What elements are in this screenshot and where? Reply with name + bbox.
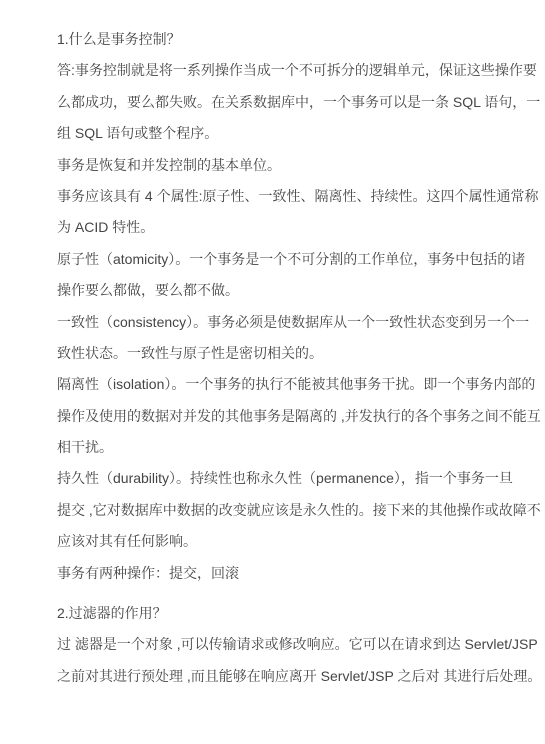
qa-section-transaction-control: 1.什么是事务控制？ 答:事务控制就是将一系列操作当成一个不可拆分的逻辑单元，保…: [57, 24, 515, 589]
text-line: 之前对其进行预处理 ,而且能够在响应离开 Servlet/JSP 之后对 其进行…: [57, 661, 515, 692]
text-line: 过 滤器是一个对象 ,可以传输请求或修改响应。它可以在请求到达 Servlet/…: [57, 629, 515, 660]
text-line: 隔离性（isolation）。一个事务的执行不能被其他事务干扰。即一个事务内部的: [57, 369, 515, 400]
text-line: 相干扰。: [57, 432, 515, 463]
text-line: 持久性（durability）。持续性也称永久性（permanence），指一个…: [57, 463, 515, 494]
question-1-heading: 1.什么是事务控制？: [57, 24, 515, 55]
text-line: 事务应该具有 4 个属性:原子性、一致性、隔离性、持续性。这四个属性通常称: [57, 181, 515, 212]
text-line: 答:事务控制就是将一系列操作当成一个不可拆分的逻辑单元，保证这些操作要: [57, 55, 515, 86]
text-line: 提交 ,它对数据库中数据的改变就应该是永久性的。接下来的其他操作或故障不: [57, 495, 515, 526]
text-line: 操作及使用的数据对并发的其他事务是隔离的 ,并发执行的各个事务之间不能互: [57, 401, 515, 432]
document-body: 1.什么是事务控制？ 答:事务控制就是将一系列操作当成一个不可拆分的逻辑单元，保…: [57, 24, 515, 692]
text-line: 么都成功，要么都失败。在关系数据库中，一个事务可以是一条 SQL 语句，一: [57, 87, 515, 118]
text-line: 操作要么都做，要么都不做。: [57, 275, 515, 306]
text-line: 组 SQL 语句或整个程序。: [57, 118, 515, 149]
text-line: 事务有两种操作：提交，回滚: [57, 558, 515, 589]
text-line: 一致性（consistency）。事务必须是使数据库从一个一致性状态变到另一个一: [57, 307, 515, 338]
document-page: 1.什么是事务控制？ 答:事务控制就是将一系列操作当成一个不可拆分的逻辑单元，保…: [0, 0, 545, 744]
text-line: 应该对其有任何影响。: [57, 526, 515, 557]
text-line: 事务是恢复和并发控制的基本单位。: [57, 150, 515, 181]
text-line: 原子性（atomicity）。一个事务是一个不可分割的工作单位，事务中包括的诸: [57, 244, 515, 275]
text-line: 为 ACID 特性。: [57, 212, 515, 243]
text-line: 致性状态。一致性与原子性是密切相关的。: [57, 338, 515, 369]
question-2-heading: 2.过滤器的作用？: [57, 598, 515, 629]
qa-section-filter: 2.过滤器的作用？ 过 滤器是一个对象 ,可以传输请求或修改响应。它可以在请求到…: [57, 598, 515, 692]
